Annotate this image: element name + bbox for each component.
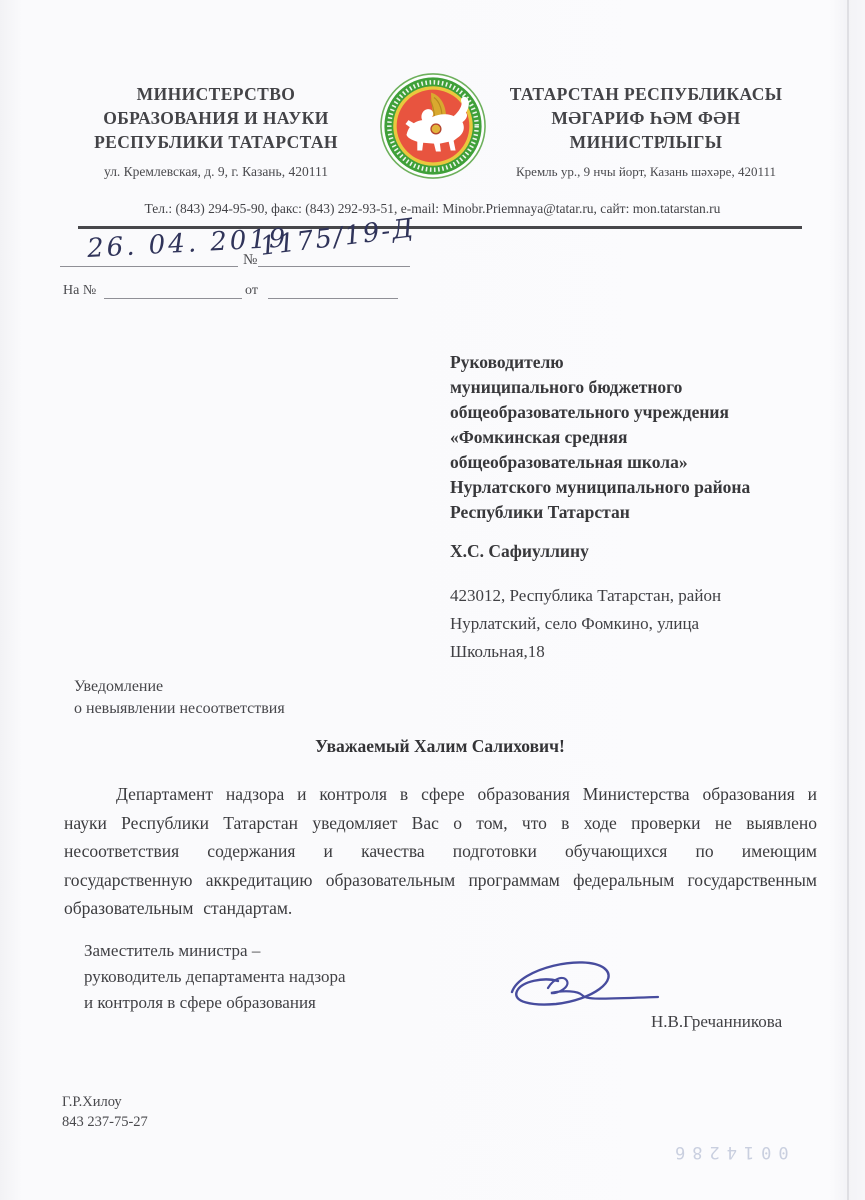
scanned-letter-page: МИНИСТЕРСТВО ОБРАЗОВАНИЯ И НАУКИ РЕСПУБЛ…: [0, 0, 865, 1200]
recipient-line: Руководителю: [450, 350, 835, 375]
subject-line2: о невыявлении несоответствия: [74, 698, 285, 720]
signer-name: Н.В.Гречанникова: [651, 1012, 782, 1032]
recipient-name: Х.С. Сафиуллину: [450, 541, 589, 562]
paper-edge-line: [847, 0, 849, 1200]
signature-position-line: Заместитель министра –: [84, 938, 444, 964]
emblem-svg: [379, 72, 487, 180]
handwritten-signature-icon: [492, 948, 667, 1020]
tatarstan-emblem-icon: [379, 72, 487, 180]
number-label: №: [243, 252, 257, 269]
form-number-stamp: 0014286: [668, 1142, 789, 1162]
reply-on-label: На №: [63, 283, 96, 299]
org-ru-line: РЕСПУБЛИКИ ТАТАРСТАН: [62, 130, 370, 154]
subject-line1: Уведомление: [74, 676, 285, 698]
executor-name: Г.Р.Хилоу: [62, 1092, 148, 1112]
recipient-block: Руководителю муниципального бюджетного о…: [450, 350, 835, 525]
recipient-line: общеобразовательная школа»: [450, 450, 835, 475]
recipient-address-line: Школьная,18: [450, 638, 835, 666]
org-ru-address: ул. Кремлевская, д. 9, г. Казань, 420111: [62, 164, 370, 180]
date-underline: [60, 250, 238, 267]
executor-phone: 843 237-75-27: [62, 1112, 148, 1132]
org-ru-line: МИНИСТЕРСТВО: [62, 82, 370, 106]
letterhead-org-tt: ТАТАРСТАН РЕСПУБЛИКАСЫ МӘГАРИФ ҺӘМ ФӘН М…: [478, 82, 814, 180]
signature-position-line: и контроля в сфере образования: [84, 990, 444, 1016]
reply-from-label: от: [245, 283, 258, 299]
subject-block: Уведомление о невыявлении несоответствия: [74, 676, 285, 720]
recipient-line: Нурлатского муниципального района: [450, 475, 835, 500]
letterhead-org-ru: МИНИСТЕРСТВО ОБРАЗОВАНИЯ И НАУКИ РЕСПУБЛ…: [62, 82, 370, 180]
executor-block: Г.Р.Хилоу 843 237-75-27: [62, 1092, 148, 1132]
recipient-address-line: 423012, Республика Татарстан, район: [450, 582, 835, 610]
org-tt-line: МИНИСТРЛЫГЫ: [478, 130, 814, 154]
recipient-address: 423012, Республика Татарстан, район Нурл…: [450, 582, 835, 666]
number-underline: [258, 250, 410, 267]
org-ru-line: ОБРАЗОВАНИЯ И НАУКИ: [62, 106, 370, 130]
reply-on-underline: [104, 283, 242, 299]
salutation: Уважаемый Халим Салихович!: [65, 736, 815, 757]
org-tt-line: ТАТАРСТАН РЕСПУБЛИКАСЫ: [478, 82, 814, 106]
reply-from-underline: [268, 283, 398, 299]
recipient-line: Республики Татарстан: [450, 500, 835, 525]
recipient-line: «Фомкинская средняя: [450, 425, 835, 450]
recipient-line: муниципального бюджетного: [450, 375, 835, 400]
org-tt-address: Кремль ур., 9 нчы йорт, Казань шәхәре, 4…: [478, 164, 814, 180]
recipient-line: общеобразовательного учреждения: [450, 400, 835, 425]
signature-svg: [492, 948, 667, 1020]
contacts-line: Тел.: (843) 294-95-90, факс: (843) 292-9…: [40, 201, 825, 217]
signature-position-line: руководитель департамента надзора: [84, 964, 444, 990]
org-tt-line: МӘГАРИФ ҺӘМ ФӘН: [478, 106, 814, 130]
signature-position: Заместитель министра – руководитель депа…: [84, 938, 444, 1016]
recipient-address-line: Нурлатский, село Фомкино, улица: [450, 610, 835, 638]
body-paragraph: Департамент надзора и контроля в сфере о…: [64, 780, 817, 923]
